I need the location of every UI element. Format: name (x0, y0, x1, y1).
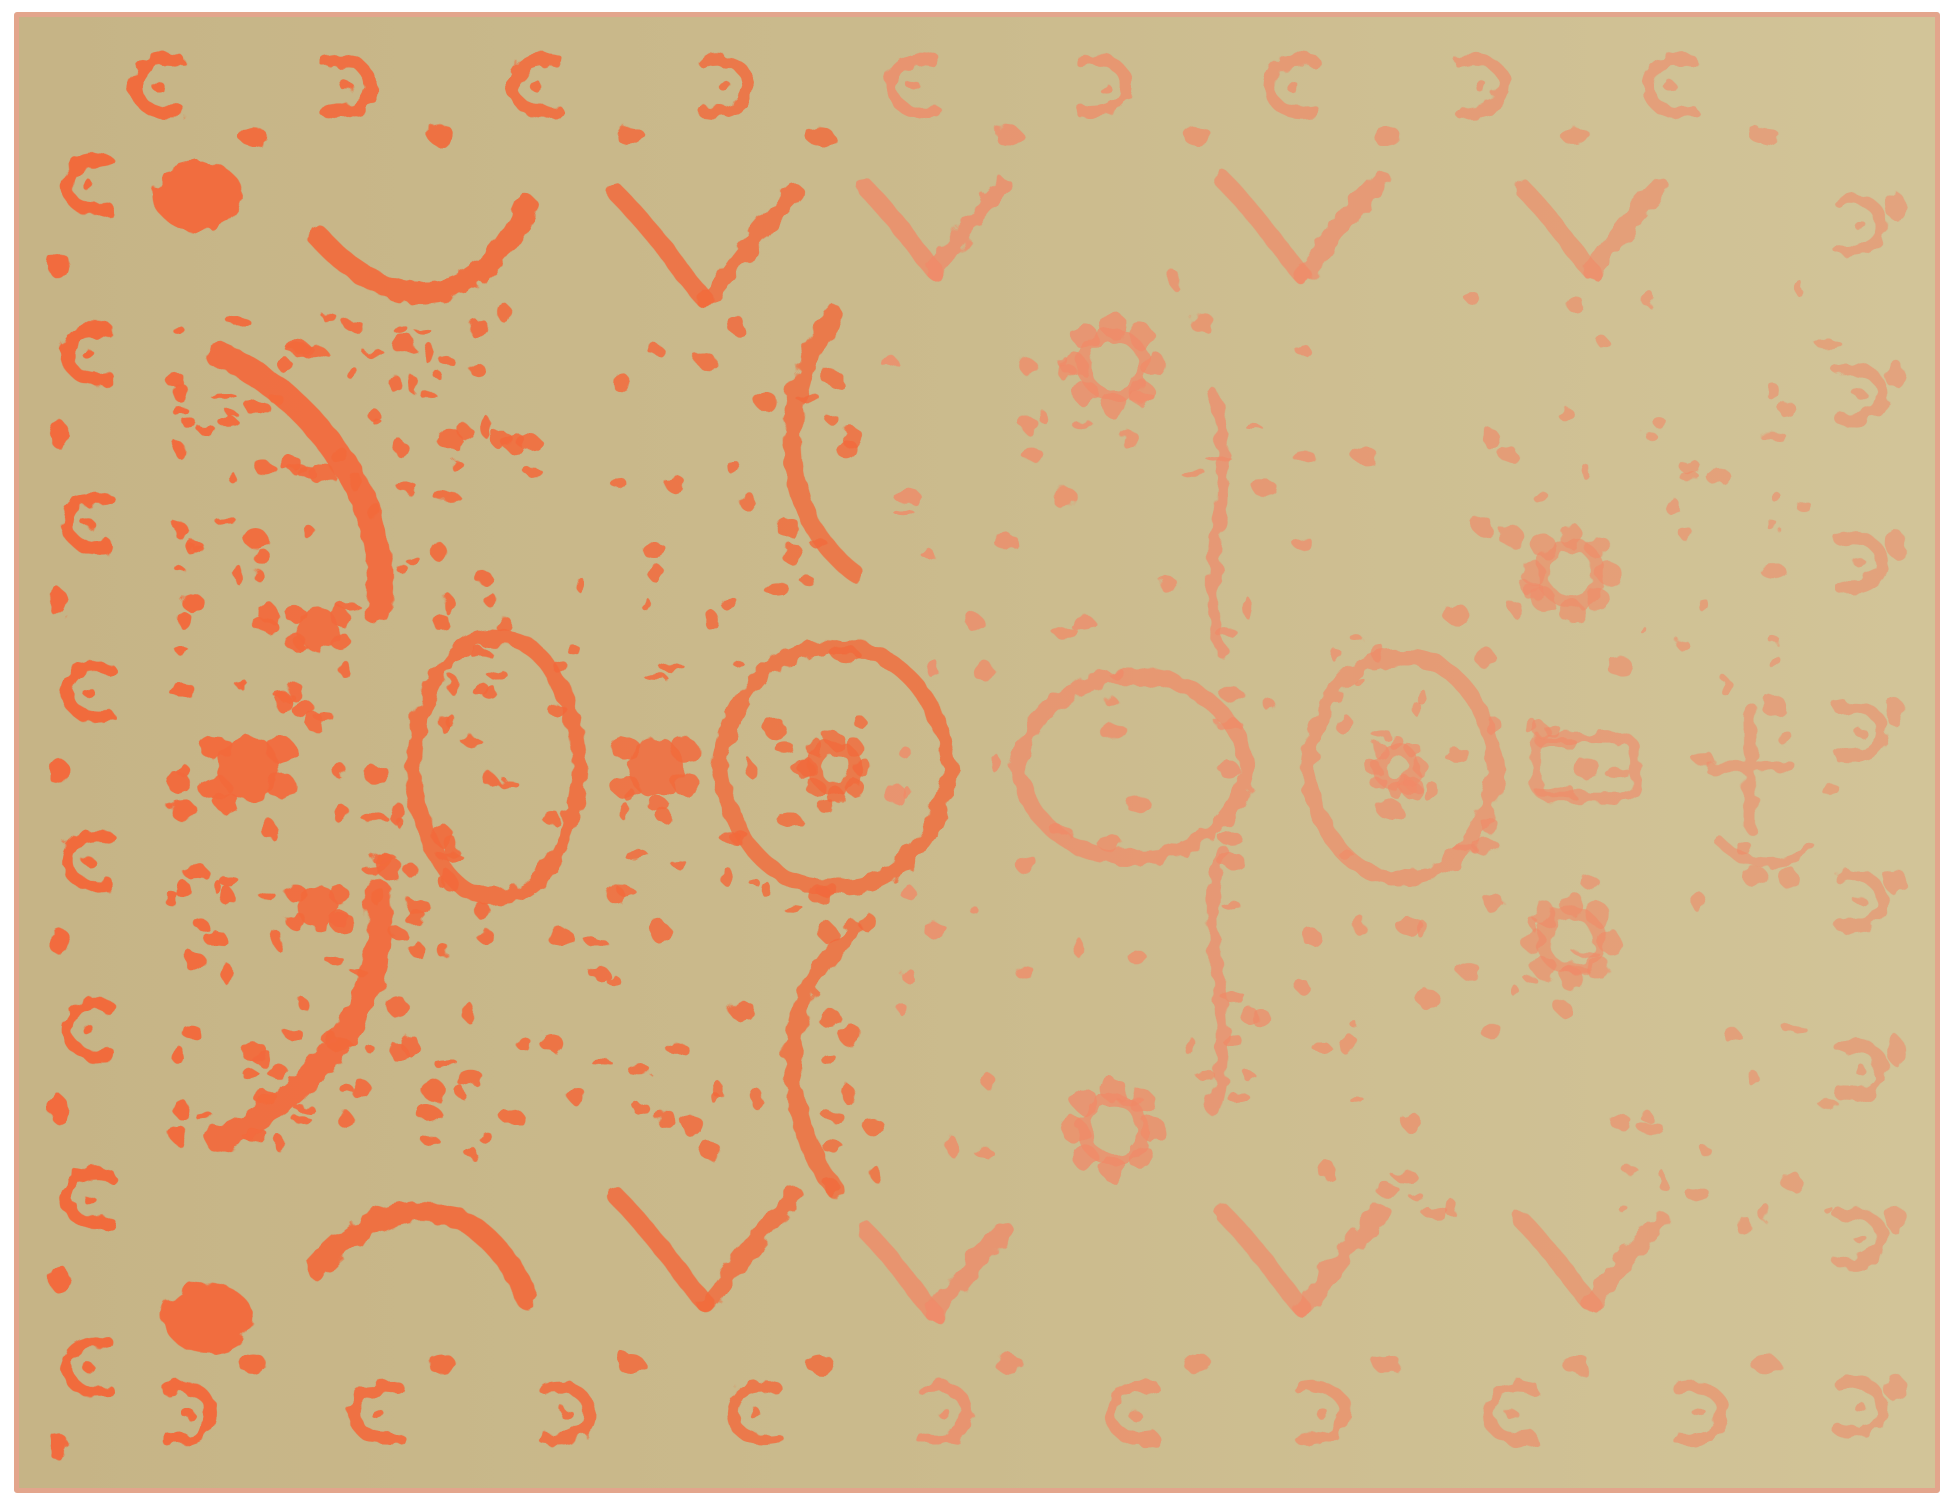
rug-pattern (19, 17, 1935, 1488)
photo-scene: Hand-knotted distressed Oushak-style are… (0, 0, 1950, 1500)
rug (14, 12, 1940, 1493)
